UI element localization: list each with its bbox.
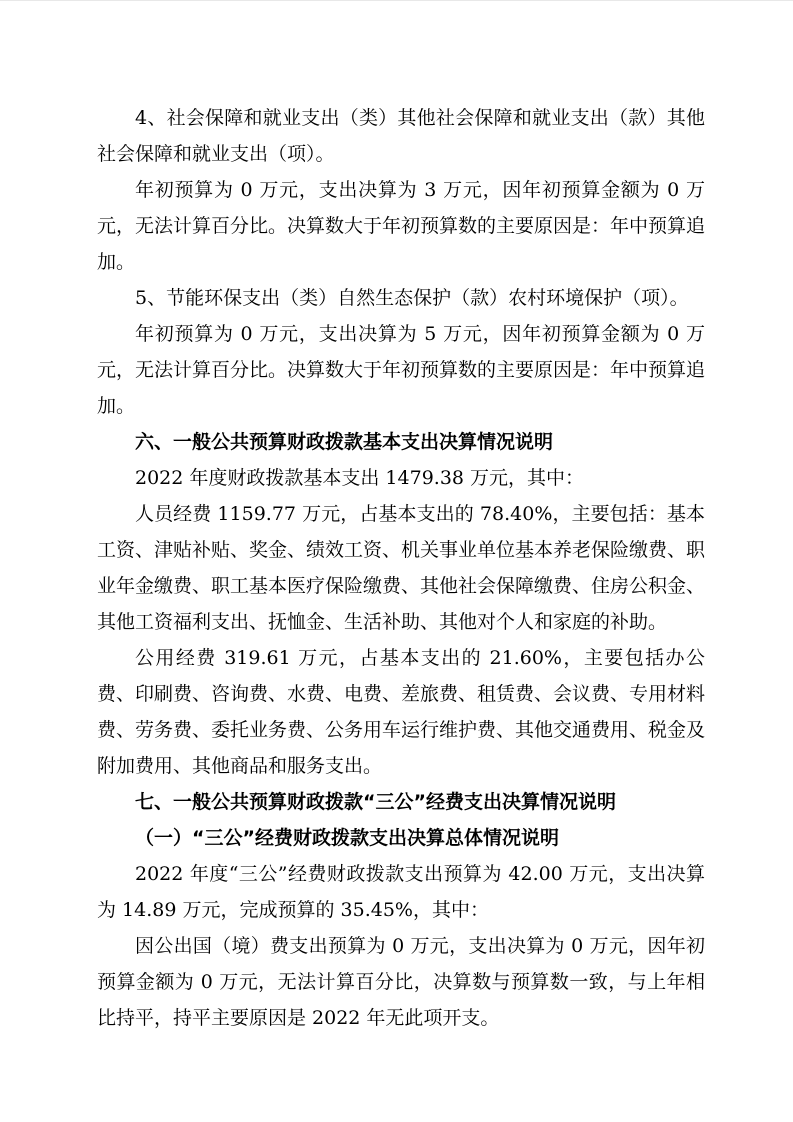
body-paragraph-item-4-budget-detail: 年初预算为 0 万元，支出决算为 3 万元，因年初预算金额为 0 万元，无法计算… bbox=[97, 172, 705, 280]
body-paragraph-overseas-travel: 因公出国（境）费支出预算为 0 万元，支出决算为 0 万元，因年初预算金额为 0… bbox=[97, 928, 705, 1036]
document-page: 4、社会保障和就业支出（类）其他社会保障和就业支出（款）其他社会保障和就业支出（… bbox=[0, 0, 793, 1122]
document-content: 4、社会保障和就业支出（类）其他社会保障和就业支出（款）其他社会保障和就业支出（… bbox=[97, 100, 705, 1036]
body-paragraph-expenditure-item-5: 5、节能环保支出（类）自然生态保护（款）农村环境保护（项）。 bbox=[97, 280, 705, 316]
body-paragraph-personnel-funds: 人员经费 1159.77 万元，占基本支出的 78.40%，主要包括：基本工资、… bbox=[97, 496, 705, 640]
body-paragraph-item-5-budget-detail: 年初预算为 0 万元，支出决算为 5 万元，因年初预算金额为 0 万元，无法计算… bbox=[97, 316, 705, 424]
section-heading-six: 六、一般公共预算财政拨款基本支出决算情况说明 bbox=[97, 424, 705, 460]
body-paragraph-expenditure-item-4: 4、社会保障和就业支出（类）其他社会保障和就业支出（款）其他社会保障和就业支出（… bbox=[97, 100, 705, 172]
section-heading-seven: 七、一般公共预算财政拨款“三公”经费支出决算情况说明 bbox=[97, 784, 705, 820]
body-paragraph-public-funds: 公用经费 319.61 万元，占基本支出的 21.60%，主要包括办公费、印刷费… bbox=[97, 640, 705, 784]
body-paragraph-basic-expenditure-total: 2022 年度财政拨款基本支出 1479.38 万元，其中： bbox=[97, 460, 705, 496]
body-paragraph-three-public-total: 2022 年度“三公”经费财政拨款支出预算为 42.00 万元，支出决算为 14… bbox=[97, 856, 705, 928]
subsection-heading-one: （一）“三公”经费财政拨款支出决算总体情况说明 bbox=[97, 820, 705, 856]
